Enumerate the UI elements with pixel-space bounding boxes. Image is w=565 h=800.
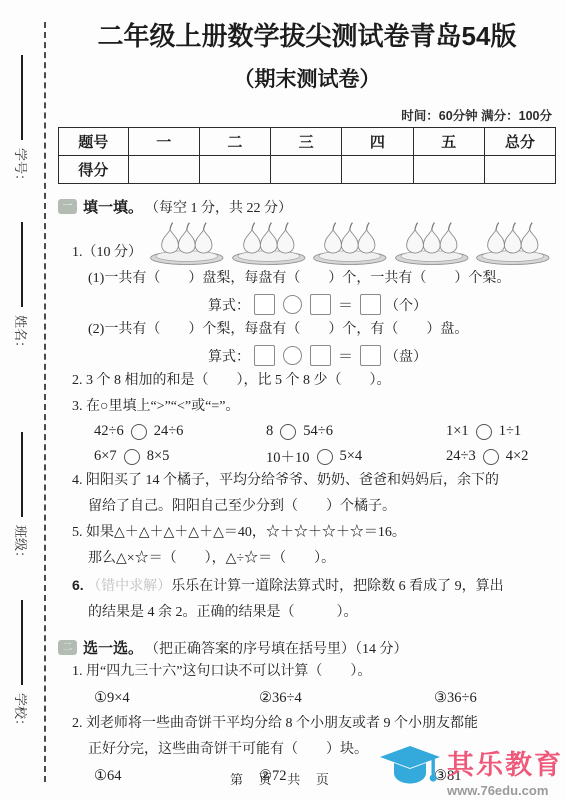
sidebar-field-student-number: 学号：	[0, 55, 44, 190]
logo-url: www.76edu.com	[447, 783, 548, 798]
fill-circle	[131, 424, 147, 440]
question5-line1: 5. 如果△＋△＋△＋△＋△＝40，☆＋☆＋☆＋☆＝16。	[72, 521, 556, 545]
comparison-item: 1×11÷1	[446, 423, 556, 440]
comparison-item: 24÷34×2	[446, 446, 556, 467]
question2: 2. 3 个 8 相加的和是（ ），比 5 个 8 少（ ）。	[72, 369, 556, 393]
graduation-cap-icon	[379, 742, 445, 798]
formula-row-2: 算式： ＝ （盘）	[208, 345, 556, 366]
section1-header: 一 填一填。 （每空 1 分，共 22 分）	[58, 196, 556, 217]
question6-tag: （错中求解）	[87, 579, 171, 594]
question6-line1: 6. （错中求解）乐乐在计算一道除法算式时，把除数 6 看成了 9，算出	[72, 573, 556, 599]
comparison-left: 8	[266, 423, 273, 440]
question6-number: 6.	[72, 577, 84, 593]
question1-sub2: (2)一共有（ ）个梨，每盘有（ ）个，有（ ）盘。	[88, 318, 556, 342]
choice-question2-line1: 2. 刘老师将一些曲奇饼干平均分给 8 个小朋友或者 9 个小朋友都能	[72, 712, 556, 736]
choice-question1-options: ①9×4 ②36÷4 ③36÷6	[94, 686, 556, 710]
score-blank-cell	[199, 156, 270, 184]
comparison-right: 24÷6	[154, 423, 184, 440]
question3-label: 3. 在○里填上“>”“<”或“=”。	[72, 395, 556, 419]
formula-row-1: 算式： ＝ （个）	[208, 294, 556, 315]
section2-badge: 二	[58, 640, 77, 655]
page-number-footer: 第 页 共 页	[230, 769, 335, 788]
pear-plate-illustration	[393, 219, 471, 265]
score-table-header-cell: 五	[413, 128, 484, 156]
fill-circle	[280, 424, 296, 440]
answer-box	[360, 345, 381, 366]
choice-question1: 1. 用“四九三十六”这句口诀不可以计算（ ）。	[72, 660, 556, 684]
comparison-left: 24÷3	[446, 448, 476, 465]
pear-plate-illustration	[311, 219, 389, 265]
student-number-label: 学号：	[12, 147, 31, 186]
page-title: 二年级上册数学拔尖测试卷青岛54版	[58, 16, 556, 53]
option: ③36÷6	[434, 686, 556, 710]
fill-circle	[317, 449, 333, 465]
name-label: 姓名：	[12, 314, 31, 353]
logo-name: 其乐教育	[447, 743, 563, 782]
section1-note: （每空 1 分，共 22 分）	[145, 197, 292, 217]
section1-badge: 一	[58, 199, 77, 214]
score-table-header-cell: 一	[128, 128, 199, 156]
class-label: 班级：	[12, 524, 31, 563]
option: ②36÷4	[259, 686, 434, 710]
fill-circle	[124, 449, 140, 465]
score-table-header-cell: 四	[342, 128, 413, 156]
operator-circle	[283, 295, 302, 314]
equals-sign: ＝	[338, 345, 353, 366]
comparison-right: 54÷6	[303, 423, 333, 440]
score-row-label: 得分	[59, 156, 129, 184]
dashed-cut-line	[44, 22, 46, 782]
question6-text: 乐乐在计算一道除法算式时，把除数 6 看成了 9，算出	[171, 579, 504, 594]
question6-line2: 的结果是 4 余 2。正确的结果是（ ）。	[88, 601, 556, 625]
score-blank-cell	[413, 156, 484, 184]
write-line	[21, 600, 23, 685]
score-table: 题号 一 二 三 四 五 总分 得分	[58, 127, 556, 184]
comparison-item: 6×78×5	[94, 446, 266, 467]
question1-label: 1.（10 分）	[72, 241, 142, 265]
pear-plate-illustration	[474, 219, 552, 265]
exam-time-score-info: 时间：60分钟 满分：100分	[58, 106, 556, 124]
formula-label: 算式：	[208, 295, 250, 315]
sidebar-field-school: 学校：	[0, 600, 44, 735]
comparison-item: 854÷6	[266, 423, 446, 440]
write-line	[21, 55, 23, 140]
section2-title: 选一选。	[83, 637, 143, 658]
write-line	[21, 222, 23, 307]
pear-plate-illustration	[148, 219, 226, 265]
score-table-header-row: 题号 一 二 三 四 五 总分	[59, 128, 556, 156]
page-subtitle: （期末测试卷）	[58, 63, 556, 93]
answer-box	[254, 345, 275, 366]
question4-line1: 4. 阳阳买了 14 个橘子，平均分给爷爷、奶奶、爸爸和妈妈后，余下的	[72, 469, 556, 493]
formula-unit: （盘）	[385, 346, 427, 366]
write-line	[21, 432, 23, 517]
operator-circle	[283, 346, 302, 365]
comparison-right: 4×2	[506, 448, 529, 465]
question5-line2: 那么△×☆＝（ ），△÷☆＝（ ）。	[88, 547, 556, 571]
answer-box	[254, 294, 275, 315]
section2-note: （把正确答案的序号填在括号里）（14 分）	[145, 638, 408, 658]
pear-plate-illustration	[230, 219, 308, 265]
comparison-left: 1×1	[446, 423, 469, 440]
section1-title: 填一填。	[83, 196, 143, 217]
comparison-left: 42÷6	[94, 423, 124, 440]
comparison-item: 42÷624÷6	[94, 423, 266, 440]
equals-sign: ＝	[338, 294, 353, 315]
score-table-header-cell: 题号	[59, 128, 129, 156]
section2-header: 二 选一选。 （把正确答案的序号填在括号里）（14 分）	[58, 637, 556, 658]
question1-sub1: (1)一共有（ ）盘梨，每盘有（ ）个，一共有（ ）个梨。	[88, 267, 556, 291]
answer-box	[310, 294, 331, 315]
comparison-right: 8×5	[147, 448, 170, 465]
score-table-header-cell: 总分	[484, 128, 555, 156]
comparison-left: 10＋10	[266, 446, 310, 467]
question3-comparison-grid: 42÷624÷6 854÷6 1×11÷1 6×78×5 10＋105×4 24…	[94, 423, 556, 467]
score-blank-cell	[128, 156, 199, 184]
comparison-right: 5×4	[340, 448, 363, 465]
score-blank-cell	[484, 156, 555, 184]
fill-circle	[476, 424, 492, 440]
sidebar-field-name: 姓名：	[0, 222, 44, 357]
answer-box	[310, 345, 331, 366]
score-table-score-row: 得分	[59, 156, 556, 184]
score-blank-cell	[342, 156, 413, 184]
logo-texts: 其乐教育 www.76edu.com	[447, 743, 563, 798]
sidebar-field-class: 班级：	[0, 432, 44, 567]
formula-unit: （个）	[385, 295, 427, 315]
question1-illustration-row: 1.（10 分）	[72, 219, 556, 265]
answer-box	[360, 294, 381, 315]
question4-line2: 留给了自己。阳阳自己至少分到（ ）个橘子。	[88, 495, 556, 519]
paper-content: 二年级上册数学拔尖测试卷青岛54版 （期末测试卷） 时间：60分钟 满分：100…	[58, 6, 556, 788]
option: ①9×4	[94, 686, 259, 710]
comparison-right: 1÷1	[499, 423, 521, 440]
score-table-header-cell: 三	[271, 128, 342, 156]
school-label: 学校：	[12, 692, 31, 731]
score-table-header-cell: 二	[199, 128, 270, 156]
comparison-item: 10＋105×4	[266, 446, 446, 467]
comparison-left: 6×7	[94, 448, 117, 465]
fill-circle	[483, 449, 499, 465]
score-blank-cell	[271, 156, 342, 184]
formula-label: 算式：	[208, 346, 250, 366]
publisher-logo: 其乐教育 www.76edu.com	[379, 742, 563, 798]
